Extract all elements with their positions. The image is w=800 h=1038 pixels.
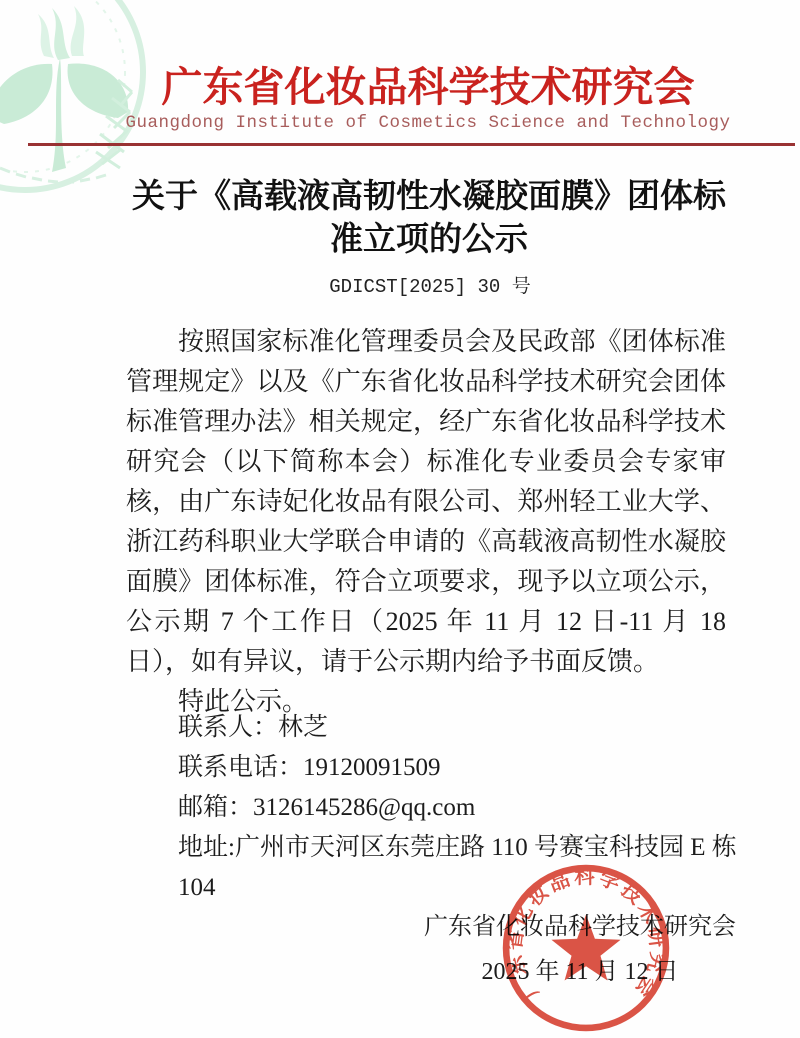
notice-title: 关于《高载液高韧性水凝胶面膜》团体标 准立项的公示 (0, 176, 800, 262)
official-seal-stamp: 广东省化妆品科学技术研究会 (500, 862, 672, 1034)
notice-title-line1: 关于《高载液高韧性水凝胶面膜》团体标 (58, 176, 800, 219)
notice-document-page: 广东省化妆品科学技术研究会 Guangdong Institute of Cos… (0, 0, 800, 1038)
notice-body: 按照国家标准化管理委员会及民政部《团体标准管理规定》以及《广东省化妆品科学技术研… (126, 322, 726, 722)
contact-block: 联系人：林芝 联系电话：19120091509 邮箱：3126145286@qq… (178, 708, 778, 908)
body-paragraph-1: 按照国家标准化管理委员会及民政部《团体标准管理规定》以及《广东省化妆品科学技术研… (126, 322, 726, 682)
seal-star-icon (551, 915, 620, 981)
contact-phone-line: 联系电话：19120091509 (178, 748, 778, 788)
contact-address-line: 地址:广州市天河区东莞庄路 110 号赛宝科技园 E 栋 104 (178, 828, 778, 908)
contact-email-line: 邮箱：3126145286@qq.com (178, 788, 778, 828)
doc-number: GDICST[2025] 30 号 (0, 271, 800, 298)
contact-person-line: 联系人：林芝 (178, 708, 778, 748)
org-subtitle-en: Guangdong Institute of Cosmetics Science… (0, 113, 800, 133)
org-title: 广东省化妆品科学技术研究会 (0, 54, 800, 113)
notice-title-line2: 准立项的公示 (58, 219, 800, 262)
header-rule (28, 143, 795, 146)
